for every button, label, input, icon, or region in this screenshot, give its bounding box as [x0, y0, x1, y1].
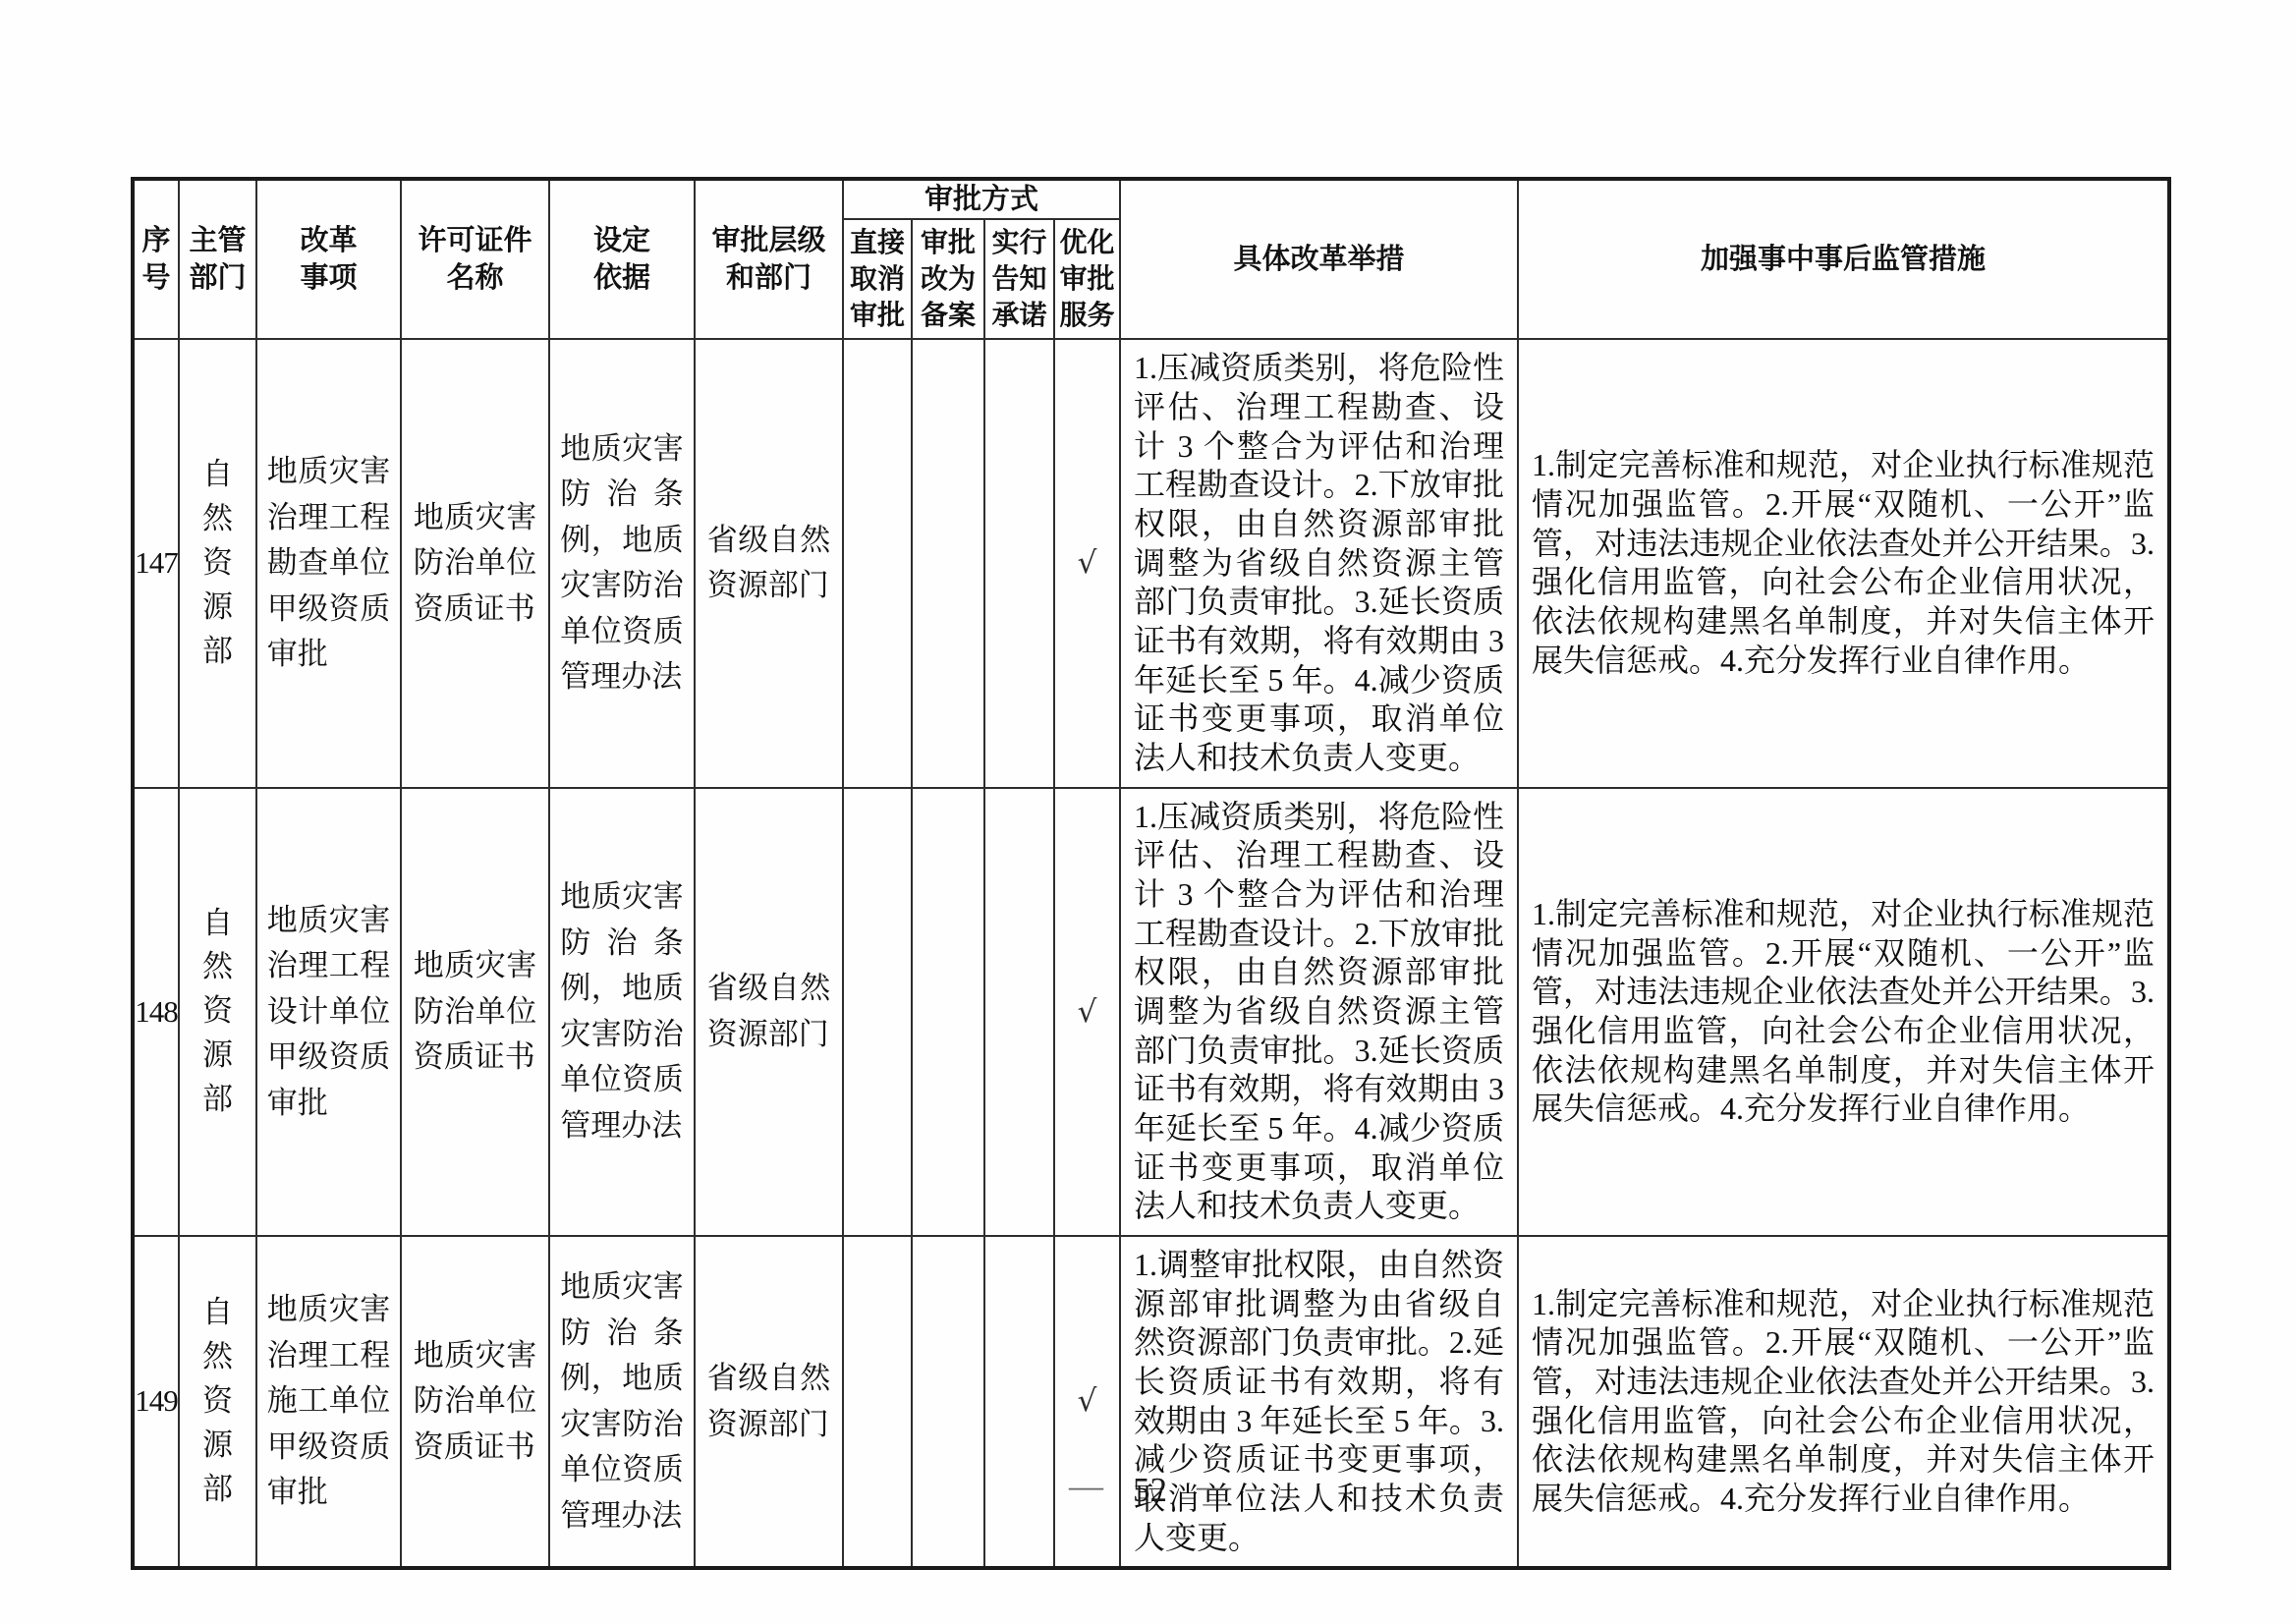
footer-left-dash: —: [1069, 1467, 1103, 1506]
cell-to-filing: [912, 339, 984, 787]
header-method-optimize: 优化审批服务: [1054, 219, 1120, 339]
cell-notification: [984, 788, 1054, 1236]
table-row-148: 148 自然资源部 地质灾害治理工程设计单位甲级资质审批 地质灾害防治单位资质证…: [133, 788, 2169, 1236]
cell-optimize-checkmark: √: [1054, 788, 1120, 1236]
measures-text: 1.压减资质类别，将危险性评估、治理工程勘查、设计 3 个整合为评估和治理工程勘…: [1121, 340, 1517, 786]
cell-measures: 1.调整审批权限，由自然资源部审批调整为由省级自然资源部门负责审批。2.延长资质…: [1120, 1236, 1518, 1568]
cell-seq: 148: [133, 788, 179, 1236]
cell-optimize-checkmark: √: [1054, 339, 1120, 787]
cell-dept: 自然资源部: [179, 788, 256, 1236]
basis-text: 地质灾害防治条例，地质灾害防治单位资质管理办法: [560, 874, 684, 1148]
measures-text: 1.压减资质类别，将危险性评估、治理工程勘查、设计 3 个整合为评估和治理工程勘…: [1121, 789, 1517, 1235]
measures-text: 1.调整审批权限，由自然资源部审批调整为由省级自然资源部门负责审批。2.延长资质…: [1121, 1237, 1517, 1566]
supervision-text: 1.制定完善标准和规范，对企业执行标准规范情况加强监管。2.开展“双随机、一公开…: [1519, 437, 2167, 689]
header-dept: 主管部门: [179, 179, 256, 339]
table-header: 序号 主管部门 改革事项 许可证件名称 设定依据 审批层级和部门 审批方式 具体…: [133, 179, 2169, 339]
license-name-text: 地质灾害防治单位资质证书: [414, 943, 537, 1081]
cell-basis: 地质灾害防治条例，地质灾害防治单位资质管理办法: [549, 339, 695, 787]
cell-to-filing: [912, 1236, 984, 1568]
header-reform-item: 改革事项: [256, 179, 401, 339]
table-row-149: 149 自然资源部 地质灾害治理工程施工单位甲级资质审批 地质灾害防治单位资质证…: [133, 1236, 2169, 1568]
cell-seq: 147: [133, 339, 179, 787]
cell-direct-cancel: [843, 1236, 912, 1568]
cell-basis: 地质灾害防治条例，地质灾害防治单位资质管理办法: [549, 788, 695, 1236]
header-basis: 设定依据: [549, 179, 695, 339]
cell-approval-level: 省级自然资源部门: [695, 339, 843, 787]
header-license-name-label: 许可证件名称: [416, 222, 533, 298]
header-method-to-filing: 审批改为备案: [912, 219, 984, 339]
cell-to-filing: [912, 788, 984, 1236]
document-page: 序号 主管部门 改革事项 许可证件名称 设定依据 审批层级和部门 审批方式 具体…: [0, 0, 2296, 1624]
cell-supervision: 1.制定完善标准和规范，对企业执行标准规范情况加强监管。2.开展“双随机、一公开…: [1518, 339, 2169, 787]
cell-license-name: 地质灾害防治单位资质证书: [401, 788, 549, 1236]
header-method-notification: 实行告知承诺: [984, 219, 1054, 339]
cell-reform-item: 地质灾害治理工程勘查单位甲级资质审批: [256, 339, 401, 787]
cell-supervision: 1.制定完善标准和规范，对企业执行标准规范情况加强监管。2.开展“双随机、一公开…: [1518, 788, 2169, 1236]
approval-level-text: 省级自然资源部门: [707, 966, 831, 1057]
header-license-name: 许可证件名称: [401, 179, 549, 339]
cell-direct-cancel: [843, 339, 912, 787]
header-approval-method: 审批方式: [843, 179, 1120, 219]
cell-measures: 1.压减资质类别，将危险性评估、治理工程勘查、设计 3 个整合为评估和治理工程勘…: [1120, 339, 1518, 787]
header-dept-label: 主管部门: [188, 222, 248, 298]
cell-notification: [984, 1236, 1054, 1568]
header-basis-label: 设定依据: [592, 222, 652, 298]
cell-optimize-checkmark: √: [1054, 1236, 1120, 1568]
cell-supervision: 1.制定完善标准和规范，对企业执行标准规范情况加强监管。2.开展“双随机、一公开…: [1518, 1236, 2169, 1568]
cell-license-name: 地质灾害防治单位资质证书: [401, 339, 549, 787]
header-method-optimize-label: 优化审批服务: [1058, 225, 1116, 334]
cell-notification: [984, 339, 1054, 787]
header-approval-level: 审批层级和部门: [695, 179, 843, 339]
approval-reform-table: 序号 主管部门 改革事项 许可证件名称 设定依据 审批层级和部门 审批方式 具体…: [131, 177, 2171, 1570]
cell-dept: 自然资源部: [179, 339, 256, 787]
cell-direct-cancel: [843, 788, 912, 1236]
approval-level-text: 省级自然资源部门: [707, 1356, 831, 1447]
header-method-to-filing-label: 审批改为备案: [920, 225, 978, 334]
cell-seq: 149: [133, 1236, 179, 1568]
header-seq: 序号: [133, 179, 179, 339]
header-method-notification-label: 实行告知承诺: [990, 225, 1048, 334]
cell-approval-level: 省级自然资源部门: [695, 788, 843, 1236]
reform-item-text: 地质灾害治理工程设计单位甲级资质审批: [267, 898, 391, 1127]
header-method-direct-cancel: 直接取消审批: [843, 219, 912, 339]
dept-text: 自然资源部: [200, 453, 234, 674]
cell-dept: 自然资源部: [179, 1236, 256, 1568]
license-name-text: 地质灾害防治单位资质证书: [414, 1333, 537, 1471]
cell-measures: 1.压减资质类别，将危险性评估、治理工程勘查、设计 3 个整合为评估和治理工程勘…: [1120, 788, 1518, 1236]
cell-reform-item: 地质灾害治理工程施工单位甲级资质审批: [256, 1236, 401, 1568]
header-reform-item-label: 改革事项: [299, 222, 359, 298]
supervision-text: 1.制定完善标准和规范，对企业执行标准规范情况加强监管。2.开展“双随机、一公开…: [1519, 886, 2167, 1138]
header-approval-level-label: 审批层级和部门: [709, 222, 827, 298]
reform-item-text: 地质灾害治理工程勘查单位甲级资质审批: [267, 449, 391, 678]
approval-level-text: 省级自然资源部门: [707, 518, 831, 609]
cell-reform-item: 地质灾害治理工程设计单位甲级资质审批: [256, 788, 401, 1236]
header-supervision: 加强事中事后监管措施: [1518, 179, 2169, 339]
cell-approval-level: 省级自然资源部门: [695, 1236, 843, 1568]
footer-right-dash: —: [1197, 1467, 1231, 1506]
cell-basis: 地质灾害防治条例，地质灾害防治单位资质管理办法: [549, 1236, 695, 1568]
table-row-147: 147 自然资源部 地质灾害治理工程勘查单位甲级资质审批 地质灾害防治单位资质证…: [133, 339, 2169, 787]
page-number: 52: [1133, 1471, 1167, 1509]
cell-license-name: 地质灾害防治单位资质证书: [401, 1236, 549, 1568]
page-footer: —52—: [131, 1471, 2169, 1510]
basis-text: 地质灾害防治条例，地质灾害防治单位资质管理办法: [560, 426, 684, 700]
header-measures: 具体改革举措: [1120, 179, 1518, 339]
license-name-text: 地质灾害防治单位资质证书: [414, 495, 537, 633]
dept-text: 自然资源部: [200, 902, 234, 1123]
header-seq-label: 序号: [140, 222, 172, 298]
header-method-direct-cancel-label: 直接取消审批: [849, 225, 907, 334]
